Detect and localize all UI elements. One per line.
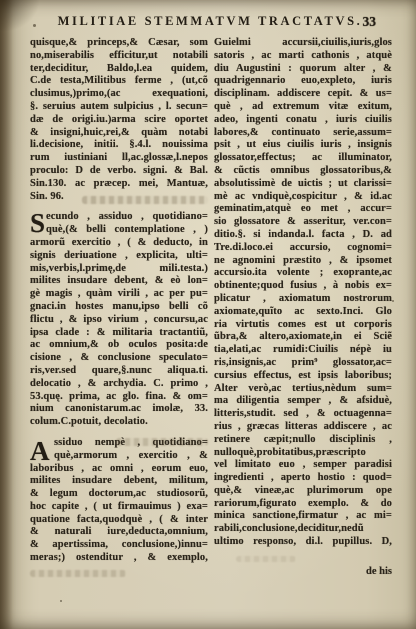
ink-speck bbox=[60, 600, 62, 602]
text-line: ditio.§. si indanda.l. facta , D. ad bbox=[214, 229, 392, 242]
text-line: C.de testa,Militibus ferme , (ut,cõ bbox=[30, 75, 208, 88]
text-line: nium canonistarum.ac imolæ, 33. bbox=[30, 403, 208, 416]
text-line: Tre.di.loco.ei accursio, cognomi= bbox=[214, 242, 392, 255]
bleedthrough-smudge bbox=[82, 196, 208, 204]
page-title: MILITIAE STEMMATVM TRACTATVS. bbox=[30, 14, 390, 29]
text-line: què,armorum , exercitio , & bbox=[30, 450, 208, 463]
text-line: vel limitato euo , semper paradisi bbox=[214, 459, 392, 472]
page-gutter-shadow bbox=[0, 0, 13, 629]
text-line: milites insudare debent, & eò lon= bbox=[30, 275, 208, 288]
ink-speck bbox=[392, 300, 394, 302]
text-line: cisione , & conclusione speculato= bbox=[30, 352, 208, 365]
text-line: ris,insignis,ac prim⁹ glossator,ac= bbox=[214, 357, 392, 370]
running-header: MILITIAE STEMMATVM TRACTATVS. 33 bbox=[30, 14, 390, 34]
paragraph: quisque,& princeps,& Cæsar, somno,misera… bbox=[30, 37, 208, 203]
text-line: cursius effectus, est ipsis laboribus; bbox=[214, 370, 392, 383]
text-line: quatione facta,quodquè , ( & inter bbox=[30, 514, 208, 527]
paragraph: Assiduo nempè , quotidiano=què,armorum ,… bbox=[30, 437, 208, 565]
text-line: milites insudare debent, militum, bbox=[30, 475, 208, 488]
text-line: ne agnomini præstito , & ipsomet bbox=[214, 255, 392, 268]
text-line: ipsa clade : & militaria tractantiũ, bbox=[30, 327, 208, 340]
text-line: dæ de origi.iu.)arma scire oportet bbox=[30, 114, 208, 127]
text-line: & naturali iure,deducta,omnium, bbox=[30, 526, 208, 539]
text-line: diu Augustini : quorum alter , & bbox=[214, 63, 392, 76]
bleedthrough-smudge bbox=[116, 438, 208, 446]
text-line: sio glossatore & asseritur, ver.con= bbox=[214, 216, 392, 229]
text-line: quisque,& princeps,& Cæsar, som bbox=[30, 37, 208, 50]
text-line: laboribus , ac omni , eorum euo, bbox=[30, 463, 208, 476]
text-line: disciplinam. addiscere cepit. & us= bbox=[214, 88, 392, 101]
text-line: tia,elati,ac rumidi:Ciuilis népè iu bbox=[214, 344, 392, 357]
text-line: absolutissimè de uictis ; ut clarissi= bbox=[214, 178, 392, 191]
text-line: ultimo responso, di.l. pupillus. D, bbox=[214, 536, 392, 549]
text-line: flictu , & ipso virium , concursu,ac bbox=[30, 314, 208, 327]
bleedthrough-smudge bbox=[30, 570, 126, 577]
bleedthrough-smudge bbox=[236, 556, 296, 562]
text-line: litteris,studit. sed , & octuagenna= bbox=[214, 408, 392, 421]
text-line: colum.C.potuit, decolatio. bbox=[30, 416, 208, 429]
text-line: mè ac vndiquè,cospicitur , & id.ac bbox=[214, 191, 392, 204]
text-line: glossator,effectus; ac illuminator, bbox=[214, 152, 392, 165]
text-line: retinere cæpit;nullo disciplinis , bbox=[214, 434, 392, 447]
text-line: rius , græcas litteras addiscere , ac bbox=[214, 421, 392, 434]
text-line: & insigni,huic,rei,& quàm notabi bbox=[30, 127, 208, 140]
text-line: ma diligentia semper , & afsiduè, bbox=[214, 395, 392, 408]
text-line: adeo, ingenti conatu , iuris ciuilis bbox=[214, 114, 392, 127]
text-line: ac omnium,& ob oculos posita:de bbox=[30, 339, 208, 352]
text-line: geminatim,atquè eo met , accur= bbox=[214, 203, 392, 216]
text-line: labores,& continuato serie,assum= bbox=[214, 127, 392, 140]
text-columns: quisque,& princeps,& Cæsar, somno,misera… bbox=[30, 37, 392, 565]
text-line: delocatio , & archydia. C. primo , bbox=[30, 378, 208, 391]
text-line: axiomate,quĩto ac sexto.Inci. Glo bbox=[214, 306, 392, 319]
text-line: quadrigennario euo,expleto, iuris bbox=[214, 75, 392, 88]
text-line: minica sanctione,firmatur , ac mi= bbox=[214, 510, 392, 523]
right-column: Guielmi accursii,ciuilis,iuris,glossator… bbox=[214, 37, 392, 565]
text-line: & cũctis omnibus glossatoribus,& bbox=[214, 165, 392, 178]
scanned-book-page: MILITIAE STEMMATVM TRACTATVS. 33 quisque… bbox=[0, 0, 416, 629]
text-line: Sin.130. ac præcep. mei, Mantuæ, bbox=[30, 178, 208, 191]
text-line: Guielmi accursii,ciuilis,iuris,glos bbox=[214, 37, 392, 50]
text-line: gnaci.in hostes manu,ipso belli cõ bbox=[30, 301, 208, 314]
text-line: ingredienti , aperto hostio : quod= bbox=[214, 472, 392, 485]
left-column: quisque,& princeps,& Cæsar, somno,misera… bbox=[30, 37, 208, 565]
ink-speck bbox=[33, 24, 36, 27]
text-line: nulloquè,probitatibus,præscripto bbox=[214, 447, 392, 460]
text-line: rariorum,figurato exemplo. & do bbox=[214, 498, 392, 511]
text-line: signis deriuatione , explicita, ulti= bbox=[30, 250, 208, 263]
text-line: què,(& belli contemplatione , ) bbox=[30, 224, 208, 237]
text-line: què,& vineæ,ac plurimorum ope bbox=[214, 485, 392, 498]
text-line: psit , ut eius ciuilis iuris , insignis bbox=[214, 139, 392, 152]
text-line: mis,verbis,l.primę,de mili.testa.) bbox=[30, 263, 208, 276]
text-line: obtinente;quod fusius , à nobis ex= bbox=[214, 280, 392, 293]
paragraph: Secundo , assiduo , quotidiano=què,(& be… bbox=[30, 211, 208, 429]
page-number: 33 bbox=[363, 14, 377, 30]
text-line: què , ad extremum vitæ exitum, bbox=[214, 101, 392, 114]
text-line: clusimus,)primo,(ac exequationi, bbox=[30, 88, 208, 101]
paragraph: Guielmi accursii,ciuilis,iuris,glossator… bbox=[214, 37, 392, 549]
text-line: ecundo , assiduo , quotidiano= bbox=[30, 211, 208, 224]
text-line: ũbra,& altero,axiomate,in ei Sciẽ bbox=[214, 331, 392, 344]
text-line: li.decisione, initii. §.4.l. nouissima bbox=[30, 139, 208, 152]
text-line: hoc capite , ( ut firmauimus ) exa= bbox=[30, 501, 208, 514]
text-line: gè magis , quàm virili , ac per pu= bbox=[30, 288, 208, 301]
text-line: ris,ver.sed quare,§.nunc aliqua.ti. bbox=[30, 365, 208, 378]
text-line: satoris , ac marti cathonis , atquè bbox=[214, 50, 392, 63]
text-line: armorũ exercitio , ( & deducto, in bbox=[30, 237, 208, 250]
text-line: rum iustiniani ll,ac.glossæ,l.nepos bbox=[30, 152, 208, 165]
text-line: & apertissima, conclusione,)innu= bbox=[30, 539, 208, 552]
text-line: meras;) ostenditur , & exemplo, bbox=[30, 552, 208, 565]
text-line: plicatur , axiomatum nostrorum bbox=[214, 293, 392, 306]
text-line: & legum doctorum,ac studiosorũ, bbox=[30, 488, 208, 501]
text-line: accursio.ita volente ; exoprante,ac bbox=[214, 267, 392, 280]
drop-cap-initial: S bbox=[30, 210, 45, 237]
drop-cap-initial: A bbox=[30, 438, 50, 465]
text-line: no,miserabilis efficitur,ut notabili bbox=[30, 50, 208, 63]
text-line: 53.quę. prima, ac glo. fina. & om= bbox=[30, 391, 208, 404]
text-line: ria virtutis comes est ut corporis bbox=[214, 319, 392, 332]
text-line: Alter verò,ac tertius,nèdum sum= bbox=[214, 383, 392, 396]
text-line: §. seruius autem sulpicius , l. secun= bbox=[30, 101, 208, 114]
text-line: rabili,conclusione,deciditur,nedũ bbox=[214, 523, 392, 536]
text-line: proculo: D de verbo. signi. & Bal. bbox=[30, 165, 208, 178]
text-line: ter,deciditur, Baldo,l.ea quidem, bbox=[30, 63, 208, 76]
